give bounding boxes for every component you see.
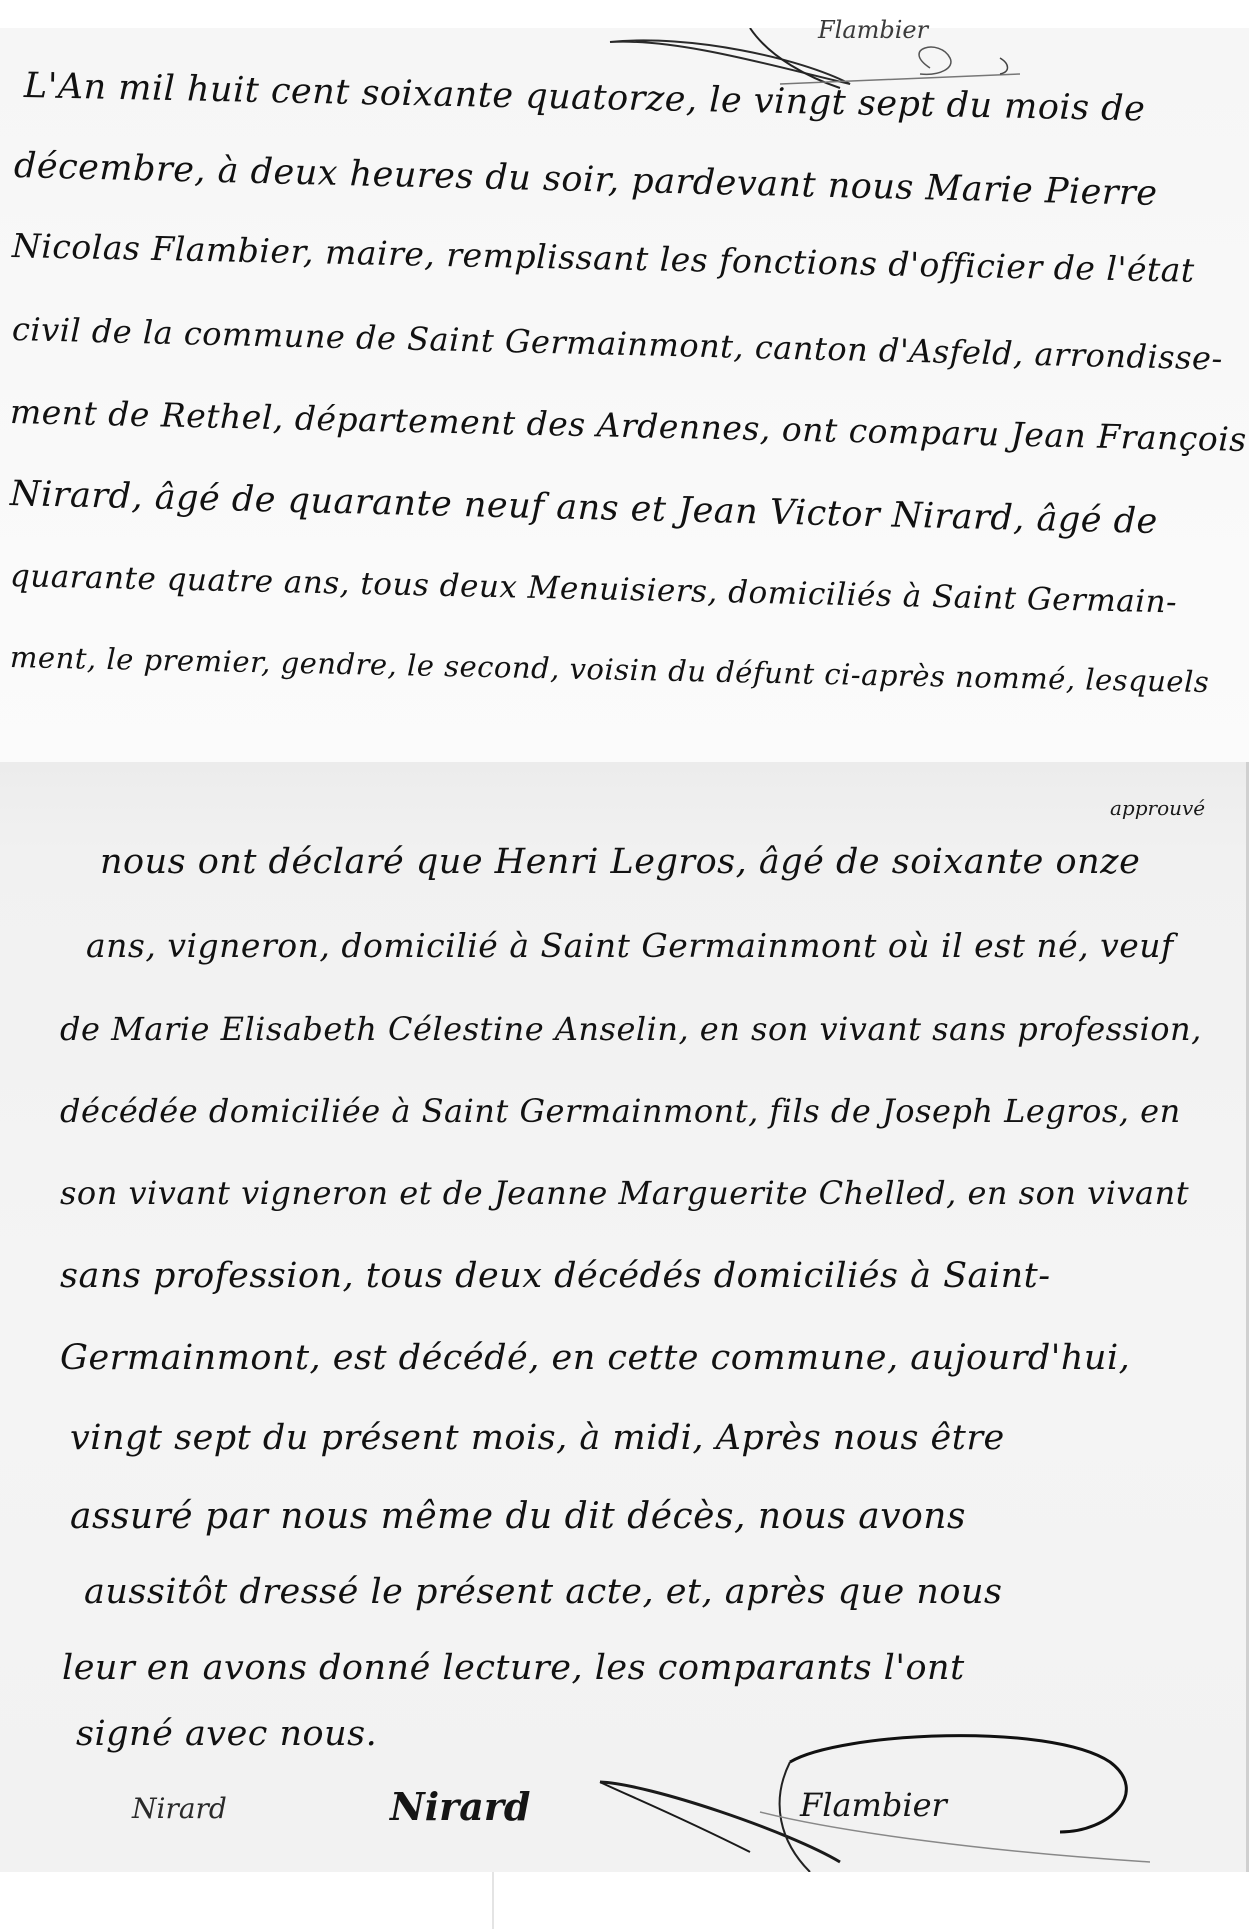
- bottom-white-margin: [0, 1872, 1249, 1929]
- record-line-18: aussitôt dressé le présent acte, et, apr…: [84, 1572, 1002, 1612]
- signature-witness-1: Nirard: [132, 1792, 227, 1825]
- record-line-4: civil de la commune de Saint Germainmont…: [12, 310, 1224, 378]
- record-line-15: Germainmont, est décédé, en cette commun…: [60, 1338, 1130, 1378]
- document-fragment-upper: Flambier L'An mil huit cent soixante qua…: [0, 28, 1249, 762]
- record-line-16: vingt sept du présent mois, à midi, Aprè…: [70, 1418, 1005, 1458]
- top-signature-fragment: Flambier: [818, 16, 928, 44]
- record-line-13: son vivant vigneron et de Jeanne Marguer…: [60, 1174, 1189, 1212]
- record-line-7: quarante quatre ans, tous deux Menuisier…: [10, 558, 1178, 620]
- scan-edge-divider: [492, 1872, 494, 1929]
- record-line-17: assuré par nous même du dit décès, nous …: [70, 1496, 966, 1537]
- record-line-9: nous ont déclaré que Henri Legros, âgé d…: [100, 842, 1140, 882]
- record-line-6: Nirard, âgé de quarante neuf ans et Jean…: [10, 474, 1159, 542]
- signature-witness-2: Nirard: [390, 1784, 530, 1829]
- record-line-2: décembre, à deux heures du soir, pardeva…: [14, 146, 1158, 214]
- record-line-3: Nicolas Flambier, maire, remplissant les…: [12, 226, 1195, 290]
- record-line-1: L'An mil huit cent soixante quatorze, le…: [24, 66, 1146, 129]
- record-line-11: de Marie Elisabeth Célestine Anselin, en…: [60, 1010, 1202, 1048]
- record-line-20: signé avec nous.: [76, 1714, 377, 1754]
- record-line-12: décédée domiciliée à Saint Germainmont, …: [60, 1092, 1181, 1130]
- record-line-10: ans, vigneron, domicilié à Saint Germain…: [86, 926, 1174, 965]
- record-line-14: sans profession, tous deux décédés domic…: [60, 1256, 1051, 1296]
- margin-approval-note: approuvé: [1110, 796, 1205, 820]
- document-fragment-lower: approuvé nous ont déclaré que Henri Legr…: [0, 762, 1249, 1872]
- top-white-margin: [0, 0, 1249, 28]
- signature-mayor: Flambier: [800, 1786, 947, 1824]
- record-line-5: ment de Rethel, département des Ardennes…: [10, 392, 1248, 459]
- record-line-19: leur en avons donné lecture, les compara…: [62, 1648, 965, 1688]
- record-line-8: ment, le premier, gendre, le second, voi…: [10, 640, 1210, 699]
